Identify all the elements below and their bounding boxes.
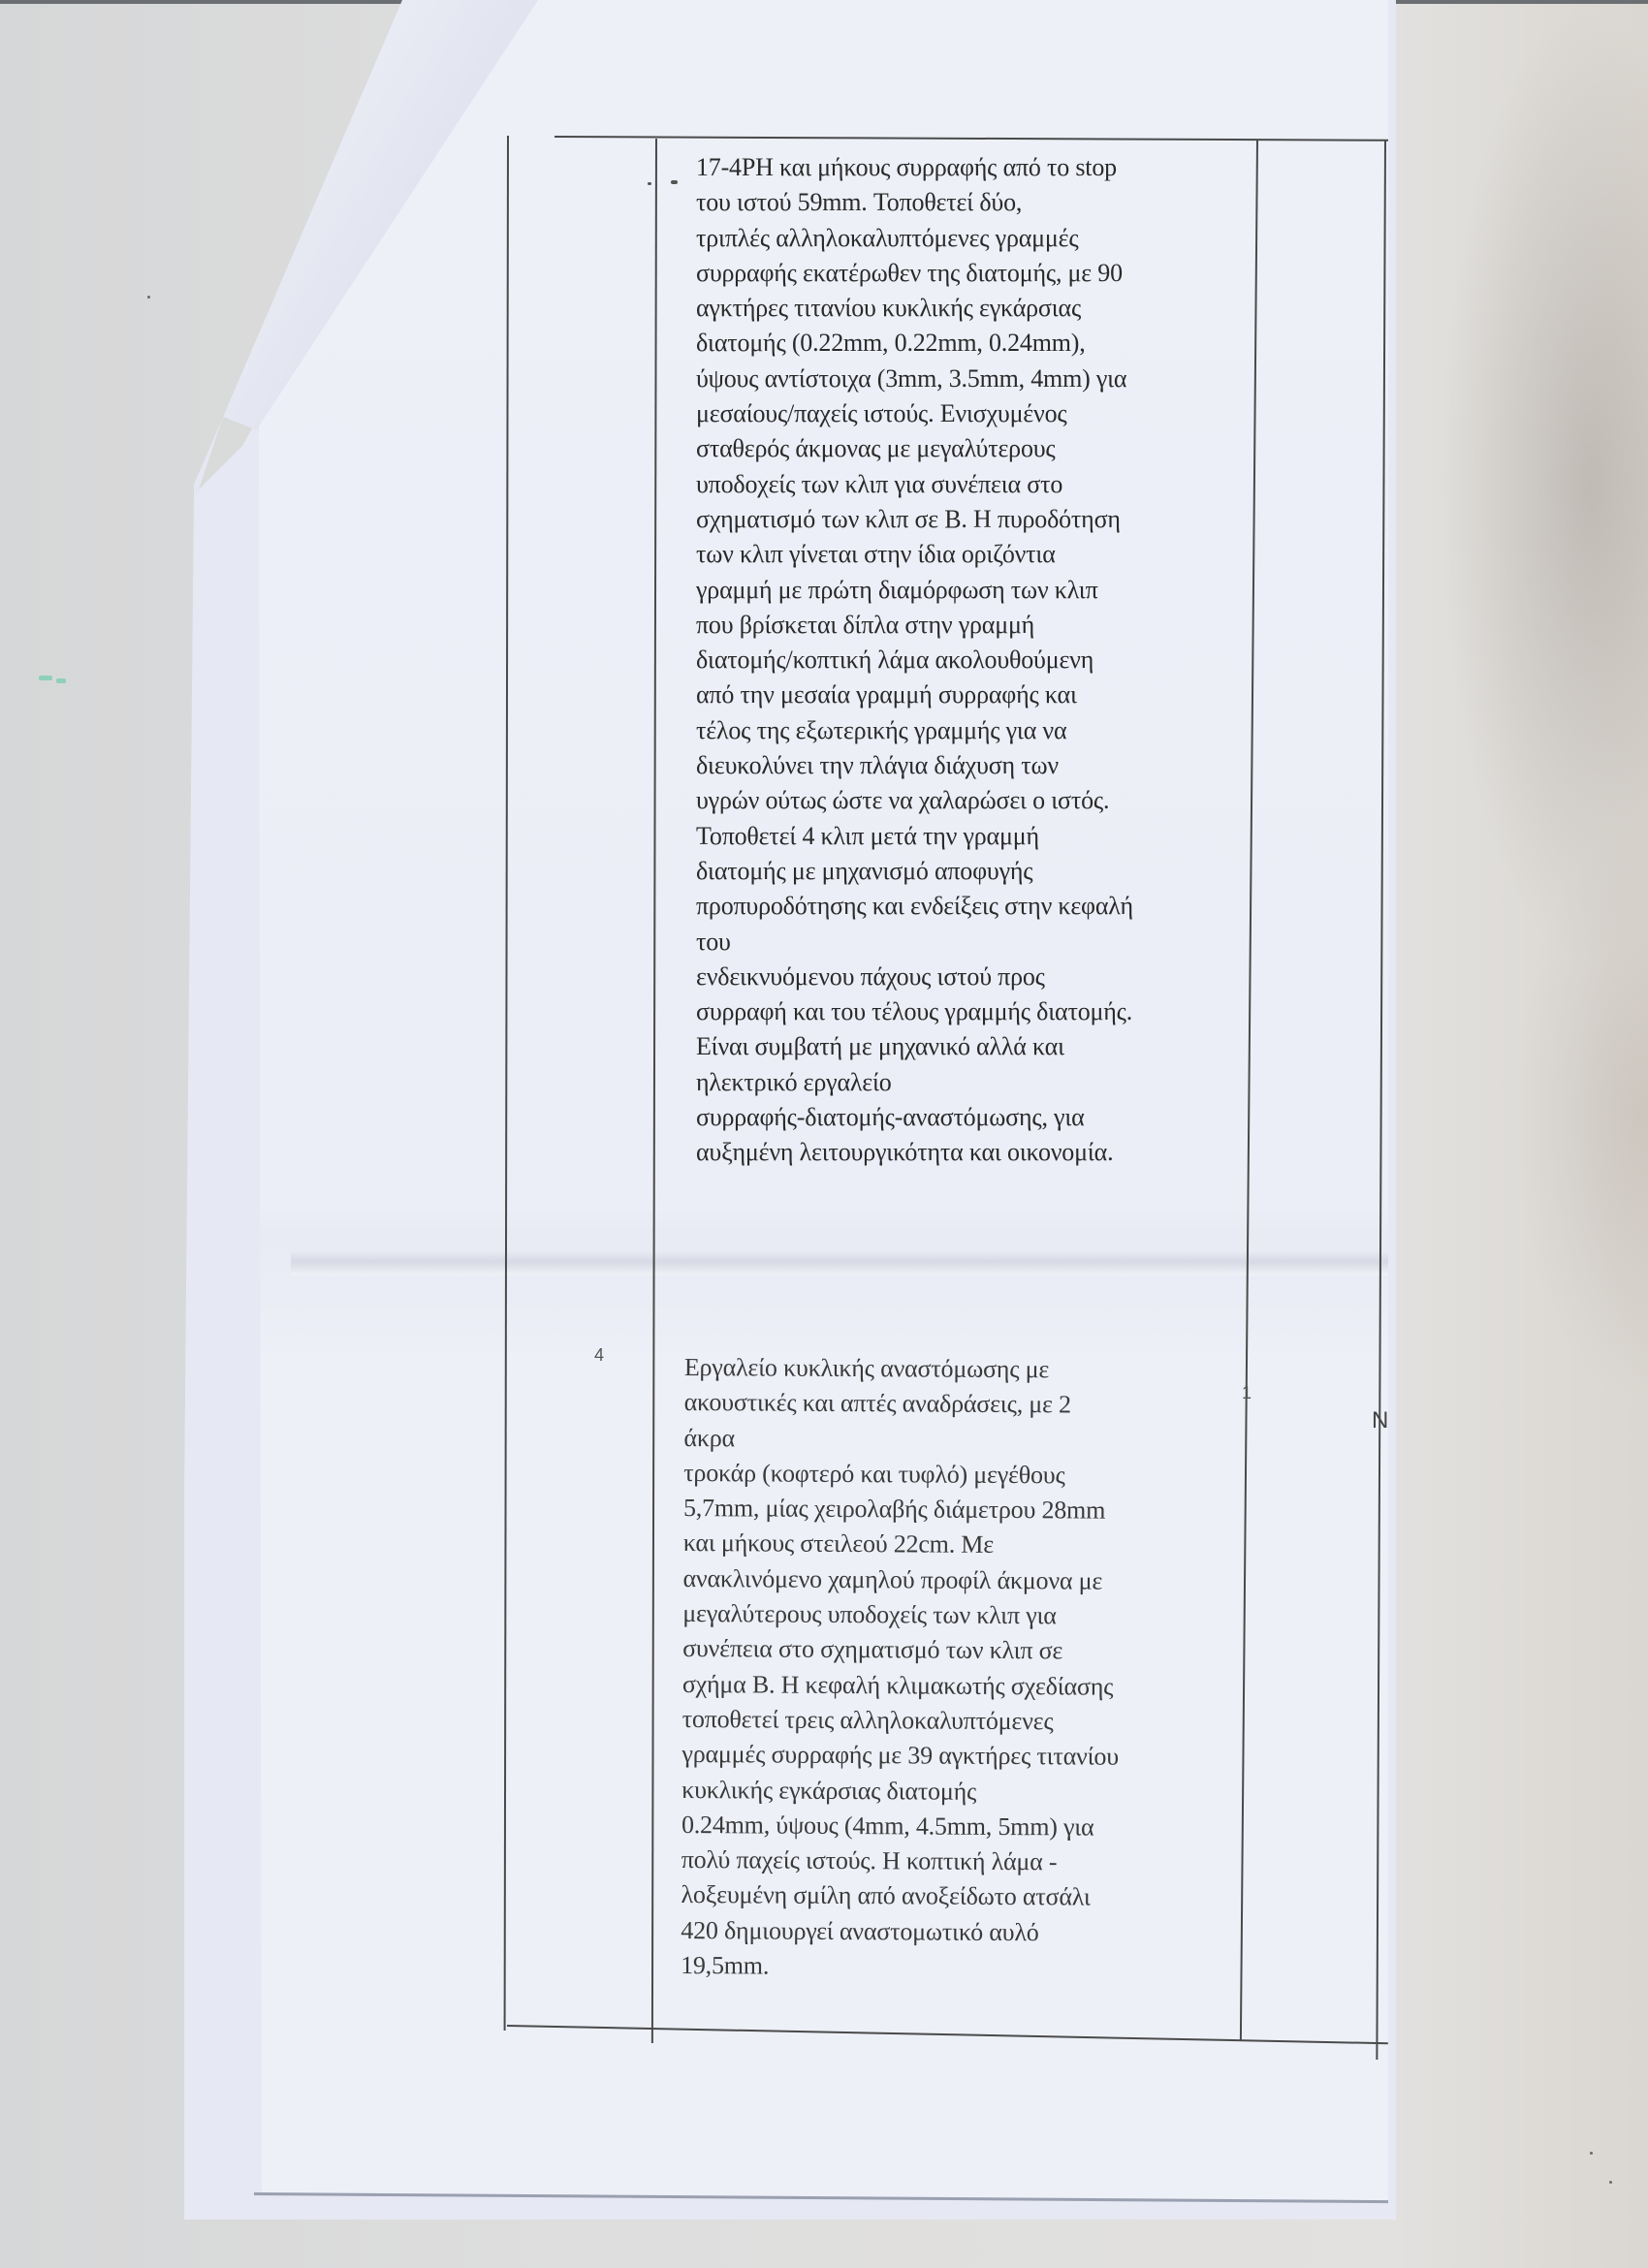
description-line: και μήκους στειλεού 22cm. Με <box>683 1526 1121 1563</box>
description-line: γραμμή με πρώτη διαμόρφωση των κλιπ <box>696 573 1133 608</box>
row-1-description: 17-4PH και μήκους συρραφής από το stopτο… <box>696 150 1133 1171</box>
description-line: ύψους αντίστοιχα (3mm, 3.5mm, 4mm) για <box>696 362 1133 396</box>
description-line: που βρίσκεται δίπλα στην γραμμή <box>696 608 1133 643</box>
row-2-number: 4 <box>594 1345 604 1366</box>
description-line: διατομής (0.22mm, 0.22mm, 0.24mm), <box>696 326 1133 361</box>
description-line: πολύ παχείς ιστούς. Η κοπτική λάμα - <box>681 1843 1119 1880</box>
description-line: διατομής/κοπτική λάμα ακολουθούμενη <box>696 643 1133 677</box>
fold-crease <box>291 1250 1388 1276</box>
description-line: τριπλές αλληλοκαλυπτόμενες γραμμές <box>696 221 1133 256</box>
description-line: των κλιπ γίνεται στην ίδια οριζόντια <box>696 537 1133 572</box>
dust-speck <box>1609 2181 1612 2184</box>
description-line: από την μεσαία γραμμή συρραφής και <box>696 677 1133 712</box>
description-line: αγκτήρες τιτανίου κυκλικής εγκάρσιας <box>696 291 1133 326</box>
dust-speck <box>147 296 150 299</box>
description-line: τροκάρ (κοφτερό και τυφλό) μεγέθους <box>683 1456 1121 1494</box>
description-line: μεγαλύτερους υποδοχείς των κλιπ για <box>682 1596 1120 1634</box>
description-line: του ιστού 59mm. Τοποθετεί δύο, <box>696 185 1133 220</box>
description-line: 19,5mm. <box>681 1948 1118 1986</box>
description-line: λοξευμένη σμίλη από ανοξείδωτο ατσάλι <box>681 1877 1118 1915</box>
description-line: Είναι συμβατή με μηχανικό αλλά και <box>696 1029 1133 1064</box>
description-line: 420 δημιουργεί αναστομωτικό αυλό <box>681 1913 1118 1951</box>
description-line: Τοποθετεί 4 κλιπ μετά την γραμμή <box>696 819 1133 854</box>
description-line: υγρών ούτως ώστε να χαλαρώσει ο ιστός. <box>696 783 1133 818</box>
description-line: προπυροδότησης και ενδείξεις στην κεφαλή <box>696 889 1133 924</box>
description-line: σχήμα Β. Η κεφαλή κλιμακωτής σχεδίασης <box>682 1667 1120 1705</box>
row-2-description: Εργαλείο κυκλικής αναστόμωσης μεακουστικ… <box>681 1350 1121 1986</box>
description-line: τέλος της εξωτερικής γραμμής για να <box>696 713 1133 748</box>
description-line: ηλεκτρικό εργαλείο <box>696 1065 1133 1100</box>
ink-mark <box>39 676 52 680</box>
description-line: αυξημένη λειτουργικότητα και οικονομία. <box>696 1135 1133 1170</box>
ink-mark <box>56 678 66 683</box>
description-line: διατομής με μηχανισμό αποφυγής <box>696 854 1133 889</box>
stray-mark <box>648 182 651 185</box>
description-line: συρραφής-διατομής-αναστόμωσης, για <box>696 1100 1133 1135</box>
description-line: άκρα <box>683 1421 1121 1459</box>
clipped-column-text: N <box>1372 1407 1388 1434</box>
description-line: 0.24mm, ύψους (4mm, 4.5mm, 5mm) για <box>681 1808 1119 1845</box>
description-line: συρραφής εκατέρωθεν της διατομής, με 90 <box>696 256 1133 291</box>
description-line: διευκολύνει την πλάγια διάχυση των <box>696 748 1133 783</box>
description-line: Εργαλείο κυκλικής αναστόμωσης με <box>684 1350 1122 1388</box>
dust-speck <box>1590 2152 1593 2155</box>
description-line: συνέπεια στο σχηματισμό των κλιπ σε <box>682 1631 1120 1669</box>
row-2-quantity: 1 <box>1242 1383 1252 1403</box>
description-line: τοποθετεί τρεις αλληλοκαλυπτόμενες <box>682 1702 1120 1740</box>
description-line: σχηματισμό των κλιπ σε Β. Η πυροδότηση <box>696 502 1133 537</box>
description-line: ακουστικές και απτές αναδράσεις, με 2 <box>684 1385 1122 1423</box>
description-line: 5,7mm, μίας χειρολαβής διάμετρου 28mm <box>683 1491 1121 1528</box>
description-line: ανακλινόμενο χαμηλού προφίλ άκμονα με <box>682 1561 1120 1599</box>
description-line: μεσαίους/παχείς ιστούς. Ενισχυμένος <box>696 396 1133 431</box>
description-line: υποδοχείς των κλιπ για συνέπεια στο <box>696 467 1133 502</box>
description-line: του <box>696 925 1133 960</box>
description-line: κυκλικής εγκάρσιας διατομής <box>681 1773 1119 1811</box>
description-line: γραμμές συρραφής με 39 αγκτήρες τιτανίου <box>681 1737 1119 1775</box>
description-line: ενδεικνυόμενου πάχους ιστού προς <box>696 960 1133 994</box>
description-line: 17-4PH και μήκους συρραφής από το stop <box>696 150 1133 185</box>
stray-mark <box>671 180 678 184</box>
description-line: σταθερός άκμονας με μεγαλύτερους <box>696 431 1133 466</box>
description-line: συρραφή και του τέλους γραμμής διατομής. <box>696 994 1133 1029</box>
